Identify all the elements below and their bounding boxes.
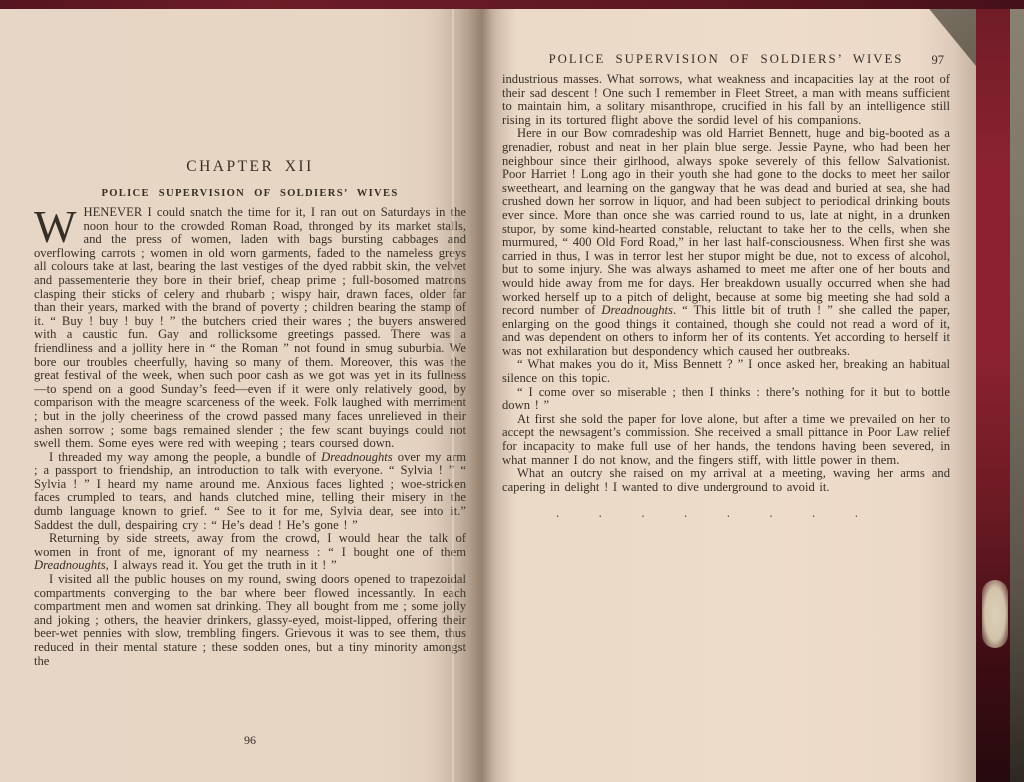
separator-dot: . bbox=[769, 508, 772, 518]
italic-text: Dreadnoughts bbox=[601, 303, 673, 317]
chapter-subheading: POLICE SUPERVISION OF SOLDIERS’ WIVES bbox=[34, 188, 466, 199]
paragraph: Returning by side streets, away from the… bbox=[34, 532, 466, 573]
italic-text: Dreadnoughts bbox=[321, 450, 393, 464]
page-number-left: 96 bbox=[34, 733, 466, 748]
separator-dot: . bbox=[684, 508, 687, 518]
separator-dot: . bbox=[599, 508, 602, 518]
paragraph: What an outcry she raised on my arrival … bbox=[502, 467, 950, 494]
cover-edge-highlight bbox=[982, 580, 1008, 648]
chapter-heading: CHAPTER XII bbox=[34, 158, 466, 176]
book-photo-scene: CHAPTER XII POLICE SUPERVISION OF SOLDIE… bbox=[0, 0, 1024, 782]
paragraph: I threaded my way among the people, a bu… bbox=[34, 451, 466, 533]
page-number-right: 97 bbox=[932, 53, 945, 68]
left-page-text-block: CHAPTER XII POLICE SUPERVISION OF SOLDIE… bbox=[34, 8, 466, 782]
italic-text: Dreadnoughts bbox=[34, 558, 106, 572]
page-right-97: POLICE SUPERVISION OF SOLDIERS’ WIVES 97… bbox=[482, 8, 976, 782]
open-book-spread: CHAPTER XII POLICE SUPERVISION OF SOLDIE… bbox=[0, 8, 976, 782]
paragraph: Here in our Bow comradeship was old Harr… bbox=[502, 127, 950, 358]
book-cover-top-edge bbox=[0, 0, 1024, 9]
separator-dot: . bbox=[641, 508, 644, 518]
section-separator-dots: ........ bbox=[556, 508, 858, 518]
separator-dot: . bbox=[855, 508, 858, 518]
separator-dot: . bbox=[556, 508, 559, 518]
page-fold-crease bbox=[452, 0, 454, 782]
paragraph: I visited all the public houses on my ro… bbox=[34, 573, 466, 668]
paragraph: “ I come over so miserable ; then I thin… bbox=[502, 386, 950, 413]
paragraph: industrious masses. What sorrows, what w… bbox=[502, 73, 950, 127]
separator-dot: . bbox=[727, 508, 730, 518]
running-header: POLICE SUPERVISION OF SOLDIERS’ WIVES 97 bbox=[502, 52, 950, 67]
right-page-text-block: POLICE SUPERVISION OF SOLDIERS’ WIVES 97… bbox=[502, 8, 950, 782]
book-cover-right-edge bbox=[976, 0, 1010, 782]
left-page-body: WHENEVER I could snatch the time for it,… bbox=[34, 206, 466, 668]
separator-dot: . bbox=[812, 508, 815, 518]
right-page-body: industrious masses. What sorrows, what w… bbox=[502, 73, 950, 494]
paragraph: “ What makes you do it, Miss Bennett ? ”… bbox=[502, 358, 950, 385]
paragraph: At first she sold the paper for love alo… bbox=[502, 413, 950, 467]
drop-cap-letter: W bbox=[34, 206, 83, 246]
paragraph: WHENEVER I could snatch the time for it,… bbox=[34, 206, 466, 451]
running-header-title: POLICE SUPERVISION OF SOLDIERS’ WIVES bbox=[549, 52, 904, 66]
page-left-96: CHAPTER XII POLICE SUPERVISION OF SOLDIE… bbox=[0, 8, 482, 782]
